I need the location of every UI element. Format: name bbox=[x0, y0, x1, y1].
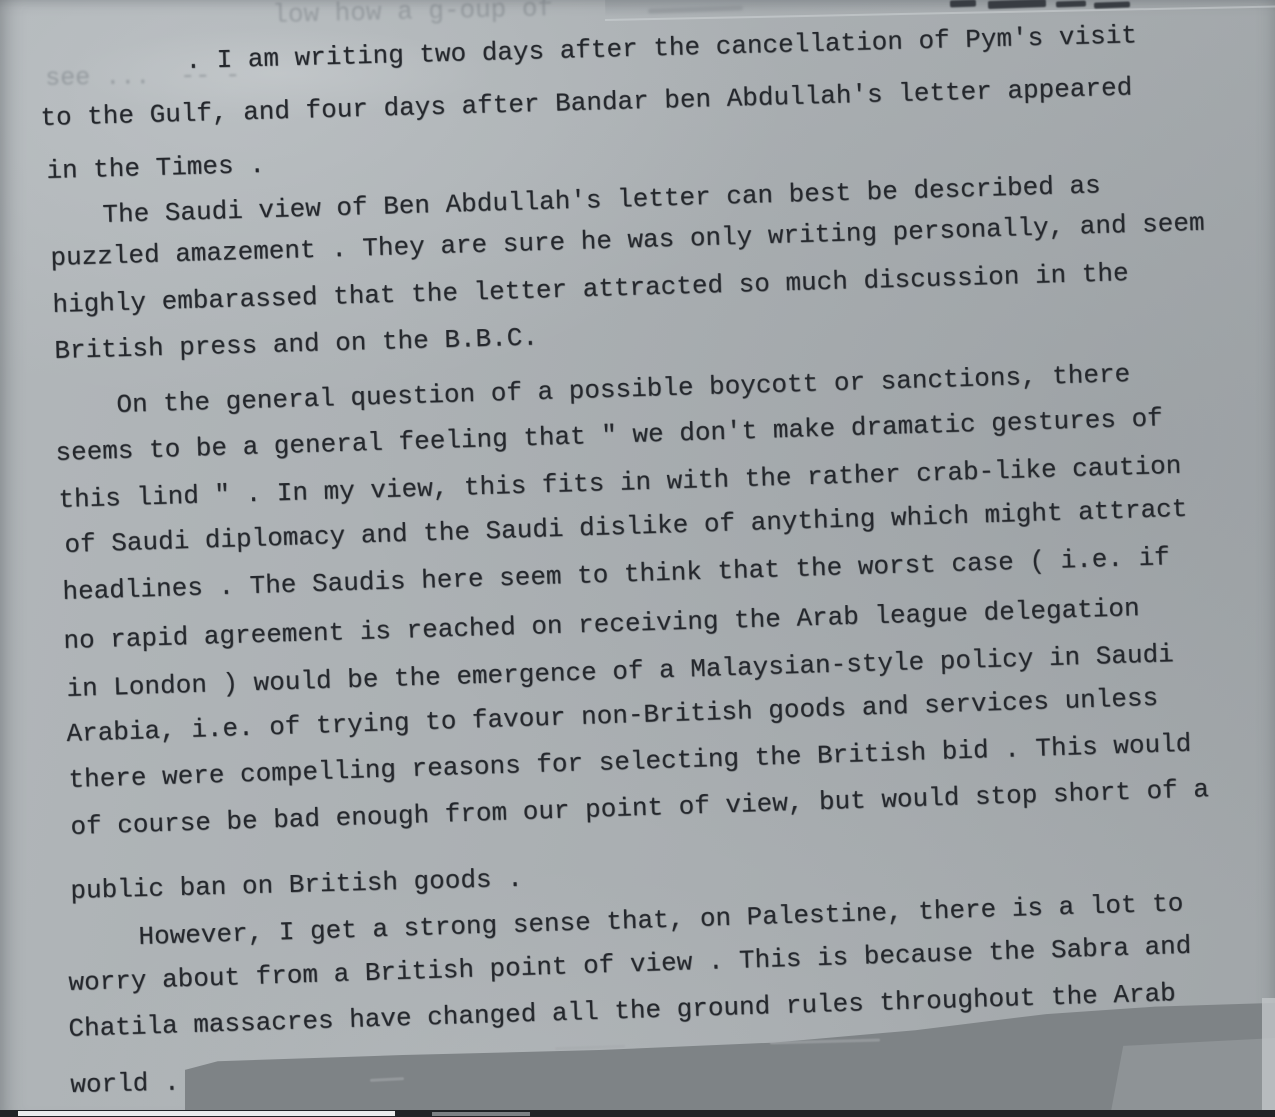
clipped-text-fragment bbox=[1094, 1, 1130, 8]
bleed-through-text: low how a g-oup of bbox=[272, 0, 554, 30]
clipped-text-fragment bbox=[1056, 0, 1086, 7]
clipped-text-fragment bbox=[950, 0, 976, 7]
typed-line: public ban on British goods . bbox=[70, 864, 523, 906]
document-page: low how a g-oup of see ... -- - . I am w… bbox=[0, 0, 1275, 1117]
scan-bottom-edge-light-segment bbox=[18, 1111, 395, 1116]
typed-line: world . bbox=[70, 1068, 180, 1100]
scan-bottom-edge bbox=[0, 1110, 1275, 1117]
typed-line: in the Times . bbox=[46, 150, 265, 186]
typed-line: British press and on the B.B.C. bbox=[54, 322, 538, 365]
paper-edge-strip bbox=[1262, 998, 1275, 1117]
paper-corner-patch bbox=[1110, 1038, 1275, 1117]
scan-bottom-edge-grey-segment bbox=[432, 1112, 530, 1116]
